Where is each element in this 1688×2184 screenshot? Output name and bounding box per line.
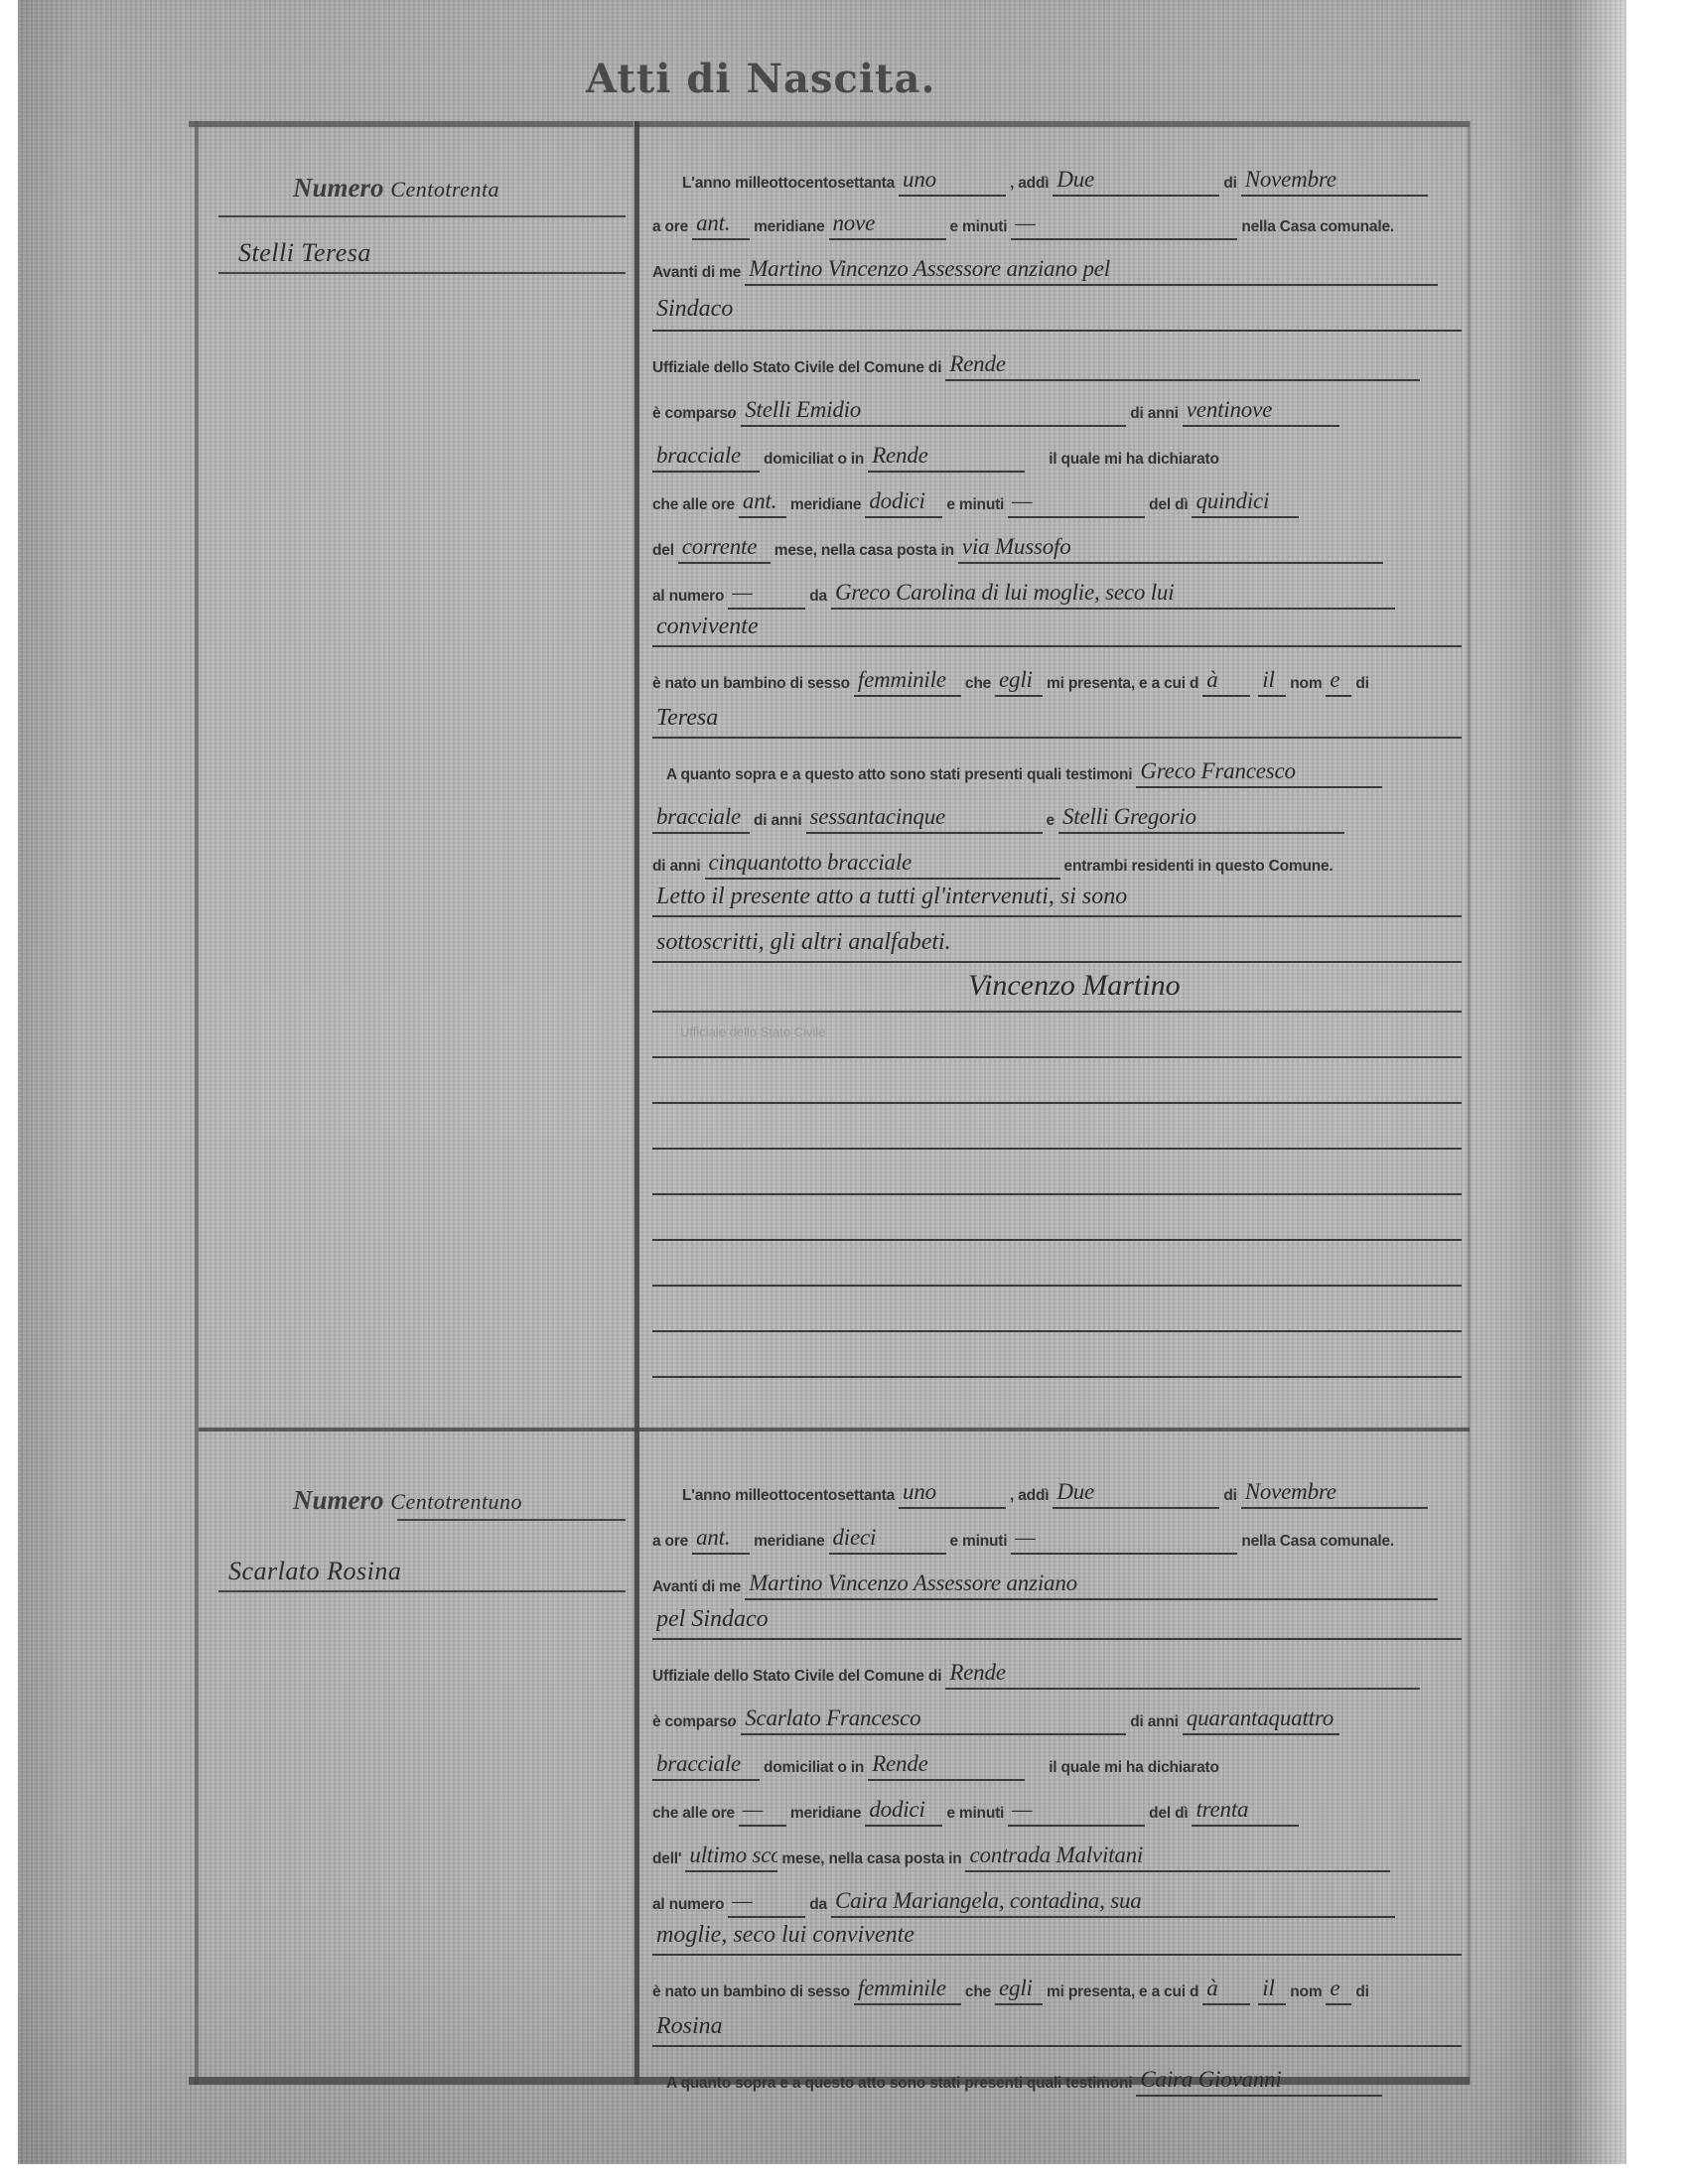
label-di-anni: di anni bbox=[652, 858, 701, 880]
label-testimoni: A quanto sopra e a questo atto sono stat… bbox=[652, 2075, 1132, 2097]
field-gender-suffix: o bbox=[728, 1710, 738, 1735]
label-a-ore: a ore bbox=[652, 218, 688, 240]
field-mother: Greco Carolina di lui moglie, seco lui bbox=[831, 580, 1395, 610]
field-birth-day: trenta bbox=[1192, 1797, 1299, 1827]
rule bbox=[652, 915, 1462, 917]
record-2-side-name: Scarlato Rosina bbox=[228, 1557, 401, 1586]
column-divider bbox=[633, 121, 639, 2085]
label-mi-presenta: mi presenta, e a cui d bbox=[1047, 675, 1198, 697]
field-birth-address: via Mussofo bbox=[958, 534, 1383, 564]
field-birth-ante-post: — bbox=[739, 1797, 786, 1827]
label-che: che bbox=[965, 675, 991, 697]
label-residenti: entrambi residenti in questo Comune. bbox=[1064, 858, 1334, 880]
field-declarant-age: ventinove bbox=[1183, 397, 1339, 427]
field-mother-cont: convivente bbox=[656, 614, 1451, 640]
left-border bbox=[195, 121, 199, 2085]
act-line-year: L'anno milleottocentosettanta uno , addì… bbox=[652, 149, 1462, 197]
label-nome: nom bbox=[1290, 675, 1322, 697]
numero-underline bbox=[397, 1519, 626, 1521]
rule bbox=[652, 961, 1462, 963]
field-nome-suffix: e bbox=[1326, 1976, 1351, 2005]
field-house-number: — bbox=[728, 580, 805, 610]
act-line-house: del corrente mese, nella casa posta in v… bbox=[652, 516, 1462, 564]
record-1-numero: Numero Centotrenta bbox=[293, 173, 499, 204]
field-witness-1: Greco Francesco bbox=[1136, 758, 1382, 788]
act-line-birth-time: che alle ore — meridiane dodici e minuti… bbox=[652, 1779, 1462, 1827]
field-domicile: Rende bbox=[868, 1751, 1025, 1781]
side-name-underline bbox=[218, 1590, 626, 1592]
field-da: à bbox=[1202, 1976, 1250, 2005]
closing-statement-1: Letto il presente atto a tutti gl'interv… bbox=[656, 884, 1451, 910]
rule bbox=[652, 1376, 1462, 1378]
act-line-comparso: è compars o Stelli Emidio di anni ventin… bbox=[652, 379, 1462, 427]
label-di-anni: di anni bbox=[754, 812, 802, 834]
field-birth-address: contrada Malvitani bbox=[965, 1843, 1390, 1872]
field-mother: Caira Mariangela, contadina, sua bbox=[831, 1888, 1395, 1918]
label-meridiane: meridiane bbox=[754, 1533, 824, 1555]
field-sex: femminile bbox=[854, 1976, 961, 2005]
act-line-comparso: è compars o Scarlato Francesco di anni q… bbox=[652, 1688, 1462, 1735]
field-officer-cont: pel Sindaco bbox=[656, 1606, 1451, 1633]
label-minuti: e minuti bbox=[946, 496, 1004, 518]
label-addi: , addì bbox=[1010, 1487, 1049, 1509]
rule bbox=[652, 2045, 1462, 2047]
act-line-time: a ore ant. meridiane nove e minuti — nel… bbox=[652, 193, 1462, 240]
field-hour: dieci bbox=[829, 1525, 946, 1555]
act-line-sex: è nato un bambino di sesso femminile che… bbox=[652, 649, 1462, 697]
rule bbox=[652, 1638, 1462, 1640]
act-line-year: L'anno milleottocentosettanta uno , addì… bbox=[652, 1461, 1462, 1509]
act-line-numero: al numero — da Greco Carolina di lui mog… bbox=[652, 562, 1462, 610]
field-birth-ante-post: ant. bbox=[739, 488, 786, 518]
label-del: dell' bbox=[652, 1850, 681, 1872]
label-meridiane: meridiane bbox=[790, 1805, 861, 1827]
closing-statement-2: sottoscritti, gli altri analfabeti. bbox=[656, 929, 1451, 956]
numero-value: Centotrentuno bbox=[390, 1489, 522, 1514]
field-nome-suffix: e bbox=[1326, 667, 1351, 697]
act-line-witnesses: A quanto sopra e a questo atto sono stat… bbox=[652, 2049, 1462, 2097]
act-line-domicile: bracciale domiciliat o in Rende il quale… bbox=[652, 1733, 1462, 1781]
label-dichiarato: il quale mi ha dichiarato bbox=[1029, 451, 1219, 473]
label-uffiziale: Uffiziale dello Stato Civile del Comune … bbox=[652, 359, 941, 381]
officer-signature: Vincenzo Martino bbox=[968, 969, 1181, 1003]
field-declarant: Scarlato Francesco bbox=[741, 1706, 1126, 1735]
label-minuti: e minuti bbox=[950, 1533, 1008, 1555]
field-minutes: — bbox=[1011, 210, 1237, 240]
field-ante-post: ant. bbox=[692, 1525, 750, 1555]
act-line-residents: di anni cinquantotto bracciale entrambi … bbox=[652, 832, 1462, 880]
field-il: il bbox=[1258, 1976, 1286, 2005]
rule bbox=[652, 737, 1462, 739]
field-hour: nove bbox=[829, 210, 946, 240]
label-a-ore: a ore bbox=[652, 1533, 688, 1555]
label-minuti: e minuti bbox=[950, 218, 1008, 240]
label-che-alle-ore: che alle ore bbox=[652, 496, 735, 518]
field-child-name: Teresa bbox=[656, 705, 1451, 732]
label-minuti: e minuti bbox=[946, 1805, 1004, 1827]
label-meridiane: meridiane bbox=[790, 496, 861, 518]
label-sesso: è nato un bambino di sesso bbox=[652, 675, 850, 697]
label-che: che bbox=[965, 1983, 991, 2005]
rule bbox=[652, 645, 1462, 647]
field-day: Due bbox=[1053, 1479, 1219, 1509]
act-line-avanti: Avanti di me Martino Vincenzo Assessore … bbox=[652, 238, 1462, 286]
act-line-witnesses: A quanto sopra e a questo atto sono stat… bbox=[652, 741, 1462, 788]
field-house-number: — bbox=[728, 1888, 805, 1918]
act-line-time: a ore ant. meridiane dieci e minuti — ne… bbox=[652, 1507, 1462, 1555]
label-uffiziale: Uffiziale dello Stato Civile del Comune … bbox=[652, 1668, 941, 1690]
label-casa-comunale: nella Casa comunale. bbox=[1241, 218, 1394, 240]
label-del: del bbox=[652, 542, 674, 564]
label-e: e bbox=[1047, 812, 1055, 834]
field-birth-hour: dodici bbox=[865, 488, 942, 518]
field-officer: Martino Vincenzo Assessore anziano bbox=[745, 1570, 1438, 1600]
field-child-name: Rosina bbox=[656, 2013, 1451, 2040]
label-casa-posta: mese, nella casa posta in bbox=[781, 1850, 961, 1872]
rule bbox=[652, 330, 1462, 332]
field-witness-2-age: cinquantotto bracciale bbox=[705, 850, 1060, 880]
label-sesso: è nato un bambino di sesso bbox=[652, 1983, 850, 2005]
rule bbox=[652, 1011, 1462, 1013]
label-year: L'anno milleottocentosettanta bbox=[652, 1487, 895, 1509]
act-line-domicile: bracciale domiciliat o in Rende il quale… bbox=[652, 425, 1462, 473]
field-birth-day: quindici bbox=[1192, 488, 1299, 518]
field-witness-1-age: sessantacinque bbox=[806, 804, 1043, 834]
label-di: di bbox=[1355, 1983, 1368, 2005]
document-title: Atti di Nascita. bbox=[586, 56, 1082, 102]
label-avanti-di-me: Avanti di me bbox=[652, 1578, 741, 1600]
act-line-comune: Uffiziale dello Stato Civile del Comune … bbox=[652, 1642, 1462, 1690]
label-avanti-di-me: Avanti di me bbox=[652, 264, 741, 286]
field-month: Novembre bbox=[1241, 1479, 1428, 1509]
act-line-avanti: Avanti di me Martino Vincenzo Assessore … bbox=[652, 1553, 1462, 1600]
field-da: à bbox=[1202, 667, 1250, 697]
label-nome: nom bbox=[1290, 1983, 1322, 2005]
field-birth-month: corrente bbox=[678, 534, 771, 564]
field-birth-month: ultimo scorso bbox=[685, 1843, 777, 1872]
record-separator bbox=[199, 1428, 1470, 1432]
rule bbox=[652, 1148, 1462, 1150]
field-mother-cont: moglie, seco lui convivente bbox=[656, 1922, 1451, 1949]
field-comune: Rende bbox=[945, 351, 1420, 381]
label-domiciliato: domiciliat o in bbox=[764, 1759, 864, 1781]
label-meridiane: meridiane bbox=[754, 218, 824, 240]
label-di: di bbox=[1223, 1487, 1236, 1509]
label-dichiarato: il quale mi ha dichiarato bbox=[1029, 1759, 1219, 1781]
field-witness-1: Caira Giovanni bbox=[1136, 2067, 1382, 2097]
field-domicile: Rende bbox=[868, 443, 1025, 473]
field-minutes: — bbox=[1011, 1525, 1237, 1555]
label-mi-presenta: mi presenta, e a cui d bbox=[1047, 1983, 1198, 2005]
field-ante-post: ant. bbox=[692, 210, 750, 240]
field-comune: Rende bbox=[945, 1660, 1420, 1690]
field-declarant: Stelli Emidio bbox=[741, 397, 1126, 427]
label-di-anni: di anni bbox=[1130, 1713, 1179, 1735]
numero-label: Numero bbox=[293, 1485, 384, 1515]
side-name-underline bbox=[218, 272, 626, 274]
label-da: da bbox=[809, 1896, 827, 1918]
rule bbox=[652, 1285, 1462, 1287]
rule bbox=[652, 1239, 1462, 1241]
label-del-di: del dì bbox=[1149, 496, 1188, 518]
field-year: uno bbox=[899, 1479, 1006, 1509]
field-gender-suffix: o bbox=[728, 402, 738, 427]
label-al-numero: al numero bbox=[652, 588, 724, 610]
label-da: da bbox=[809, 588, 827, 610]
label-di-anni: di anni bbox=[1130, 405, 1179, 427]
field-officer-cont: Sindaco bbox=[656, 296, 1451, 323]
field-presenter: egli bbox=[995, 667, 1043, 697]
field-birth-minutes: — bbox=[1008, 1797, 1145, 1827]
bleed-through-text: Ufficiale dello Stato Civile bbox=[680, 1024, 825, 1039]
label-del-di: del dì bbox=[1149, 1805, 1188, 1827]
field-il: il bbox=[1258, 667, 1286, 697]
rule bbox=[652, 1102, 1462, 1104]
numero-label: Numero bbox=[293, 173, 384, 203]
label-domiciliato: domiciliat o in bbox=[764, 451, 864, 473]
numero-underline bbox=[218, 215, 626, 217]
record-2-numero: Numero Centotrentuno bbox=[293, 1485, 522, 1516]
act-line-comune: Uffiziale dello Stato Civile del Comune … bbox=[652, 334, 1462, 381]
rule bbox=[652, 1330, 1462, 1332]
numero-value: Centotrenta bbox=[390, 177, 499, 202]
rule bbox=[652, 1954, 1462, 1956]
field-declarant-age: quarantaquattro bbox=[1183, 1706, 1339, 1735]
act-line-house: dell' ultimo scorso mese, nella casa pos… bbox=[652, 1825, 1462, 1872]
act-line-numero: al numero — da Caira Mariangela, contadi… bbox=[652, 1870, 1462, 1918]
act-line-birth-time: che alle ore ant. meridiane dodici e min… bbox=[652, 471, 1462, 518]
act-line-sex: è nato un bambino di sesso femminile che… bbox=[652, 1958, 1462, 2005]
field-presenter: egli bbox=[995, 1976, 1043, 2005]
label-testimoni: A quanto sopra e a questo atto sono stat… bbox=[652, 766, 1132, 788]
field-sex: femminile bbox=[854, 667, 961, 697]
field-profession: bracciale bbox=[652, 443, 760, 473]
field-witness-1-profession: bracciale bbox=[652, 804, 750, 834]
label-comparso: è compars bbox=[652, 405, 728, 427]
right-border bbox=[1468, 121, 1471, 2085]
label-casa-comunale: nella Casa comunale. bbox=[1241, 1533, 1394, 1555]
field-birth-minutes: — bbox=[1008, 488, 1145, 518]
label-casa-posta: mese, nella casa posta in bbox=[774, 542, 954, 564]
label-di: di bbox=[1355, 675, 1368, 697]
record-1-side-name: Stelli Teresa bbox=[238, 238, 371, 268]
act-line-witness-ages: bracciale di anni sessantacinque e Stell… bbox=[652, 786, 1462, 834]
field-profession: bracciale bbox=[652, 1751, 760, 1781]
rule bbox=[652, 1193, 1462, 1195]
rule bbox=[652, 1056, 1462, 1058]
label-che-alle-ore: che alle ore bbox=[652, 1805, 735, 1827]
field-witness-2: Stelli Gregorio bbox=[1058, 804, 1344, 834]
field-officer: Martino Vincenzo Assessore anziano pel bbox=[745, 256, 1438, 286]
label-al-numero: al numero bbox=[652, 1896, 724, 1918]
top-rule bbox=[189, 121, 1470, 127]
field-birth-hour: dodici bbox=[865, 1797, 942, 1827]
label-comparso: è compars bbox=[652, 1713, 728, 1735]
